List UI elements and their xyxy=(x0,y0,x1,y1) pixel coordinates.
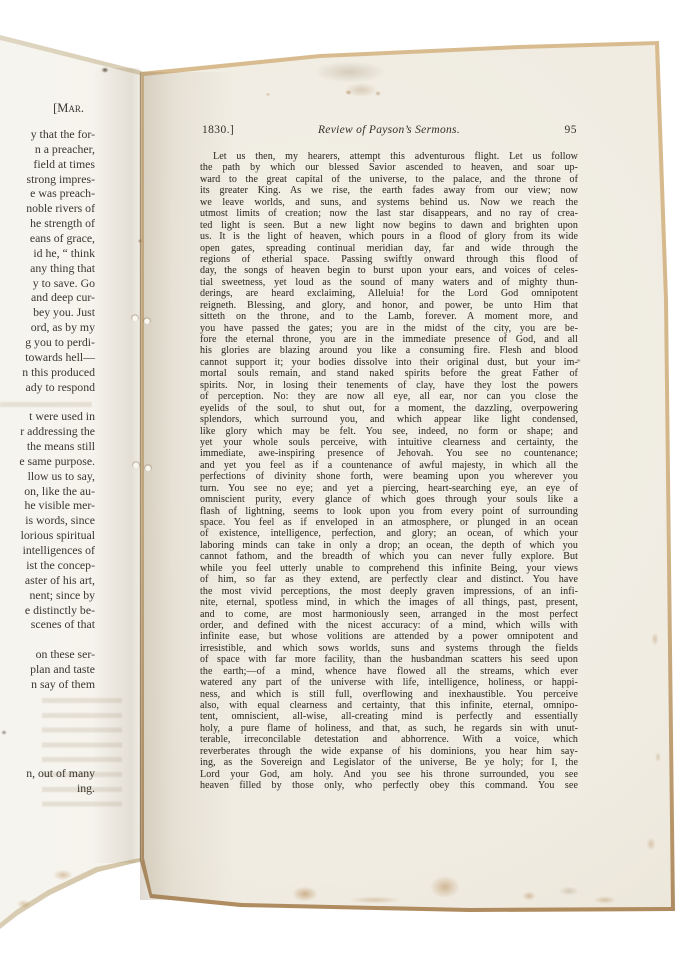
fragment-line xyxy=(0,394,95,409)
binding-stitch-hole xyxy=(131,314,139,321)
fragment-line: r addressing the xyxy=(0,424,95,439)
fragment-line: he visible mer- xyxy=(0,498,95,513)
text-line: ing, as the Sovereign and Legislator of … xyxy=(200,757,578,768)
text-line: utmost limits of creation; now the last … xyxy=(200,208,578,219)
text-line: fore the eternal throne, you are in the … xyxy=(200,334,578,345)
text-line: its greater King. As we rise, the earth … xyxy=(200,185,578,196)
fragment-line: lorious spiritual xyxy=(0,528,95,543)
fragment-line: towards hell— xyxy=(0,350,95,365)
text-line: turn. You see no eye; and yet a piercing… xyxy=(200,483,578,494)
fragment-line xyxy=(0,632,95,647)
text-line: and yet you feel as if a countenance of … xyxy=(200,460,578,471)
fragment-line: e same purpose. xyxy=(0,454,95,469)
text-line: ted light is seen. But a new light now b… xyxy=(200,220,578,231)
fragment-line: llow us to say, xyxy=(0,469,95,484)
fragment-line: g you to perdi- xyxy=(0,335,95,350)
text-line: of him, so far as they extend, are perfe… xyxy=(200,574,578,585)
fragment-line: ing. xyxy=(0,781,95,796)
text-line: nite, eternal, spotless mind, in which t… xyxy=(200,597,578,608)
fragment-line: and deep cur- xyxy=(0,290,95,305)
fragment-line: intelligences of xyxy=(0,543,95,558)
text-line: Let us then, my hearers, attempt this ad… xyxy=(200,151,578,162)
fragment-line: scenes of that xyxy=(0,617,95,632)
text-line: watered any part of the universe with li… xyxy=(200,677,578,688)
page-number: 95 xyxy=(565,124,578,136)
page-text-block: Let us then, my hearers, attempt this ad… xyxy=(200,151,578,792)
text-line: also, with equal clearness and certainty… xyxy=(200,700,578,711)
fragment-line: the means still xyxy=(0,439,95,454)
fragment-line: ady to respond xyxy=(0,380,95,395)
text-line: open gates, spreading continual meridian… xyxy=(200,243,578,254)
fragment-line: y that the for- xyxy=(0,127,95,142)
fragment-line: eans of grace, xyxy=(0,231,95,246)
fragment-line xyxy=(0,736,95,751)
text-line: ward to the great capital of the univers… xyxy=(200,174,578,185)
binding-stitch-hole xyxy=(144,464,152,471)
text-line: terable, irreconcilable detestation and … xyxy=(200,734,578,745)
text-line: mortal souls remain, and stand naked spi… xyxy=(200,368,578,379)
fragment-line: plan and taste xyxy=(0,662,95,677)
fragment-line: strong impres- xyxy=(0,172,95,187)
fragment-line: id he, “ think xyxy=(0,246,95,261)
text-line: derings, are heard exclaiming, Alleluia!… xyxy=(200,288,578,299)
text-line: us. It is the light of heaven, which pou… xyxy=(200,231,578,242)
text-line: day, the songs of heaven begin to burst … xyxy=(200,265,578,276)
text-line: we leave worlds, and suns, and systems b… xyxy=(200,197,578,208)
fragment-line: on these ser- xyxy=(0,647,95,662)
text-line: holy, a pure flame of holiness, and that… xyxy=(200,723,578,734)
text-line: flash of lightning, seems to look upon y… xyxy=(200,506,578,517)
text-line: tent, omniscient, all-wise, all-creating… xyxy=(200,711,578,722)
text-line: regions of etherial space. Passing swift… xyxy=(200,254,578,265)
open-book-photo: [Mar. y that the for-n a preacher,field … xyxy=(0,0,689,965)
spine-fold-line xyxy=(139,73,142,861)
text-line: while you feel utterly unable to compreh… xyxy=(200,563,578,574)
text-line: of perception. No: they are now all eye,… xyxy=(200,391,578,402)
text-line: sitteth on the throne, and to the Lamb, … xyxy=(200,311,578,322)
fragment-line: aster of his art, xyxy=(0,573,95,588)
text-line: tial sweetness, yet loud as the sound of… xyxy=(200,277,578,288)
text-line: the earth;—of a mind, whence have flowed… xyxy=(200,666,578,677)
fragment-line: n a preacher, xyxy=(0,142,95,157)
text-line: splendors, which surround you, and which… xyxy=(200,414,578,425)
fragment-line: ist the concep- xyxy=(0,558,95,573)
fragment-line: is words, since xyxy=(0,513,95,528)
fragment-line: noble rivers of xyxy=(0,201,95,216)
text-line: of existence, intelligence, perfection, … xyxy=(200,528,578,539)
fragment-line xyxy=(0,721,95,736)
text-line: infinite ease, but whose volitions are a… xyxy=(200,631,578,642)
text-line: the path by which our blessed Savior asc… xyxy=(200,162,578,173)
text-line: ness, and which is still full, overflowi… xyxy=(200,689,578,700)
text-line: and to come, are most harmoniously seen,… xyxy=(200,609,578,620)
text-line: reigneth. Blessing, and glory, and honor… xyxy=(200,300,578,311)
text-line: Lord your God, am holy. And you see his … xyxy=(200,769,578,780)
fragment-line: n say of them xyxy=(0,677,95,692)
fragment-line: any thing that xyxy=(0,261,95,276)
running-head: 1830.] Review of Payson’s Sermons. 95 xyxy=(200,124,578,140)
text-line: yet your whole souls perceive, with intu… xyxy=(200,437,578,448)
text-line: space. You feel as if enveloped in an at… xyxy=(200,517,578,528)
fragment-line: e was preach- xyxy=(0,186,95,201)
left-page-fragment-column: y that the for-n a preacher,field at tim… xyxy=(0,127,95,796)
fragment-line: bey you. Just xyxy=(0,305,95,320)
fragment-line xyxy=(0,707,95,722)
text-line: irresistible, and which sows worlds, sun… xyxy=(200,643,578,654)
fragment-line xyxy=(0,692,95,707)
binding-stitch-hole xyxy=(143,317,151,324)
fragment-line: n this produced xyxy=(0,365,95,380)
text-line: eyelids of the soul, to shut out, for a … xyxy=(200,403,578,414)
text-line: spirits. Nor, in losing their tenements … xyxy=(200,380,578,391)
fragment-line: on, like the au- xyxy=(0,484,95,499)
text-line: immediate, awe-inspiring presence of Jeh… xyxy=(200,448,578,459)
fragment-line: he strength of xyxy=(0,216,95,231)
text-line: heaven filled by those only, who perfect… xyxy=(200,780,578,791)
fragment-line: t were used in xyxy=(0,409,95,424)
text-line: perfections of divinity shone forth, wer… xyxy=(200,471,578,482)
fragment-line xyxy=(0,751,95,766)
text-line: cannot fathom, and the breadth of which … xyxy=(200,551,578,562)
text-line: reverberates through the wide expanse of… xyxy=(200,746,578,757)
text-line: like glory which may be felt. You see, i… xyxy=(200,426,578,437)
text-line: the most vivid perceptions, the most dee… xyxy=(200,586,578,597)
fragment-line: ord, as by my xyxy=(0,320,95,335)
text-line: laboring minds can take in only a drop; … xyxy=(200,540,578,551)
text-line: you have passed the gates; you are in th… xyxy=(200,323,578,334)
fragment-line: e distinctly be- xyxy=(0,603,95,618)
text-line: of space with far more facility, than th… xyxy=(200,654,578,665)
left-running-head: [Mar. xyxy=(0,101,84,116)
binding-stitch-hole xyxy=(132,461,140,468)
running-head-title: Review of Payson’s Sermons. xyxy=(200,124,578,136)
text-line: his glories are blazing around you like … xyxy=(200,345,578,356)
fragment-line: n, out of many xyxy=(0,766,95,781)
fragment-line: nent; since by xyxy=(0,588,95,603)
fragment-line: y to save. Go xyxy=(0,276,95,291)
text-line: omniscient purity, every glance of which… xyxy=(200,494,578,505)
text-line: order, and defined with the nicest accur… xyxy=(200,620,578,631)
fragment-line: field at times xyxy=(0,157,95,172)
text-line: cannot support it; your bodies dissolve … xyxy=(200,357,578,368)
